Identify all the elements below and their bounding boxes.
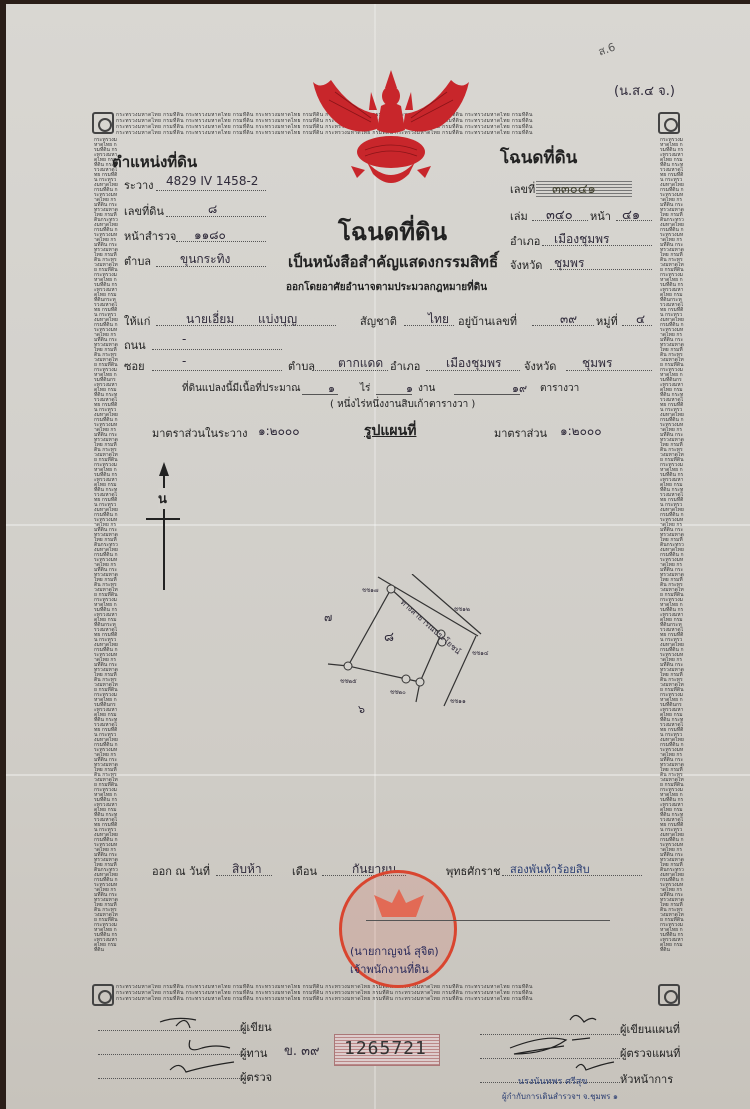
garuda-emblem-icon xyxy=(311,70,471,192)
deed-number-value: ๓๓๐๔๑ xyxy=(552,178,596,199)
road-value: - xyxy=(182,332,186,346)
area-wa: ๑๙ xyxy=(512,379,527,397)
area-in-words: ( หนึ่งไร่หนึ่งงานสิบเก้าตารางวา ) xyxy=(330,397,475,412)
house-no-value: ๓๙ xyxy=(560,310,577,329)
signature-line xyxy=(366,920,610,921)
house-no-label: อยู่บ้านเลขที่ xyxy=(458,312,517,330)
boundary-mark: ชช๑๗ xyxy=(362,585,378,595)
boundary-mark: ชช๑๑ xyxy=(450,696,466,706)
year-label: พุทธศักราช xyxy=(446,862,500,880)
corner-ornament-icon xyxy=(658,984,680,1006)
border-right: กระทรวงมหาดไทย กรมที่ดิน กระทรวงมหาดไทย … xyxy=(660,138,684,980)
moo-label: หมู่ที่ xyxy=(596,312,618,330)
deed-heading: โฉนดที่ดิน xyxy=(500,144,577,171)
amphoe-label: อำเภอ xyxy=(390,357,420,375)
dotted-line xyxy=(156,190,266,191)
scale-label-left: มาตราส่วนในระวาง xyxy=(152,424,248,442)
boundary-mark: ชช๒๕ xyxy=(340,676,357,686)
province-label: จังหวัด xyxy=(510,256,542,274)
ngan-unit: งาน xyxy=(418,381,435,396)
province-value: ชุมพร xyxy=(554,254,584,273)
owner-surname: แบ่งบุญ xyxy=(258,310,297,329)
parcel-number-value: ๘ xyxy=(208,200,217,219)
amphoe-value: เมืองชุมพร xyxy=(446,354,502,373)
dotted-line xyxy=(454,394,520,395)
document-title: โฉนดที่ดิน xyxy=(338,212,447,251)
province-label: จังหวัด xyxy=(524,357,556,375)
boundary-mark: ชช๒๐ xyxy=(390,687,406,697)
moo-value: ๔ xyxy=(636,310,645,329)
owner-name: นายเอี่ยม xyxy=(186,310,234,329)
area-rai: ๑ xyxy=(328,379,335,397)
document-subtitle: เป็นหนังสือสำคัญแสดงกรรมสิทธิ์ xyxy=(288,250,498,274)
issue-day: สิบห้า xyxy=(232,860,262,879)
issue-date-label: ออก ณ วันที่ xyxy=(152,862,210,880)
garuda-seal-icon xyxy=(364,887,434,933)
corner-ornament-icon xyxy=(92,112,114,134)
map-writer-label: ผู้เขียนแผนที่ xyxy=(620,1020,680,1038)
wa-unit: ตารางวา xyxy=(540,381,579,396)
volume-label: เล่ม xyxy=(510,207,528,225)
north-label: น xyxy=(158,488,167,509)
chief-label: หัวหน้าการ xyxy=(620,1070,673,1088)
official-name: (นายกาญจน์ สุจิต) xyxy=(350,942,439,960)
soi-label: ซอย xyxy=(124,357,145,375)
map-title: รูปแผนที่ xyxy=(364,420,416,442)
parcel-map xyxy=(316,574,496,714)
border-left: กระทรวงมหาดไทย กรมที่ดิน กระทรวงมหาดไทย … xyxy=(94,138,118,980)
issuing-authority: ออกโดยอาศัยอำนาจตามประมวลกฎหมายที่ดิน xyxy=(286,280,487,295)
parcel-number: ๘ xyxy=(384,626,394,647)
district-label: อำเภอ xyxy=(510,232,540,250)
serial-number: 1265721 xyxy=(344,1038,427,1059)
road-label: ถนน xyxy=(124,336,146,354)
land-location-heading: ตำแหน่งที่ดิน xyxy=(112,150,197,174)
area-ngan: ๑ xyxy=(406,379,413,397)
tambon-label: ตำบล xyxy=(288,357,315,375)
north-arrow-icon xyxy=(142,462,186,594)
margin-note: ส.6 xyxy=(595,38,617,61)
volume-value: ๓๔๐ xyxy=(546,204,573,225)
scale-value-right: ๑:๒๐๐๐ xyxy=(560,422,602,441)
scale-label-right: มาตราส่วน xyxy=(494,424,547,442)
boundary-mark: ชช๑๔ xyxy=(472,648,489,658)
owner-label: ให้แก่ xyxy=(124,312,150,330)
neighbor-parcel: ๗ xyxy=(324,608,332,626)
dotted-line xyxy=(152,349,282,350)
issue-year: สองพันห้าร้อยสิบ xyxy=(510,860,590,878)
soi-value: - xyxy=(182,354,186,368)
field-label: หน้าสำรวจ xyxy=(124,227,176,245)
field-label: ระวาง xyxy=(124,176,154,194)
form-code: (น.ส.๔ จ.) xyxy=(614,80,675,101)
page-value: ๔๑ xyxy=(622,204,640,225)
map-sheet-value: 4829 IV 1458-2 xyxy=(166,174,258,188)
chief-name: นรงนันทพร ศรีสุข xyxy=(518,1074,587,1088)
province-value: ชุมพร xyxy=(582,354,612,373)
scale-value-left: ๑:๒๐๐๐ xyxy=(258,422,300,441)
nationality-value: ไทย xyxy=(428,310,449,329)
corner-ornament-icon xyxy=(92,984,114,1006)
survey-page-value: ๑๑๘๐ xyxy=(194,226,226,245)
page-label: หน้า xyxy=(590,207,611,225)
tambon-value: ขุนกระทิง xyxy=(180,250,230,269)
district-value: เมืองชุมพร xyxy=(554,230,610,249)
land-title-deed-page: กระทรวงมหาดไทย กรมที่ดิน กระทรวงมหาดไทย … xyxy=(6,4,750,1109)
boundary-mark: ชช๑๒ xyxy=(454,604,470,614)
neighbor-parcel: ๖ xyxy=(358,700,365,718)
dotted-line xyxy=(156,325,336,326)
tambon-value: ตากแดด xyxy=(338,354,383,373)
rai-unit: ไร่ xyxy=(360,381,370,396)
form-series: ข. ๓๙ xyxy=(284,1040,320,1061)
map-checker-label: ผู้ตรวจแผนที่ xyxy=(620,1044,680,1062)
month-label: เดือน xyxy=(292,862,317,880)
deed-number-label: เลขที่ xyxy=(510,180,535,198)
chief-position: ผู้กำกับการเดินสำรวจฯ จ.ชุมพร ๑ xyxy=(502,1090,618,1103)
corner-ornament-icon xyxy=(658,112,680,134)
border-bottom: กระทรวงมหาดไทย กรมที่ดิน กระทรวงมหาดไทย … xyxy=(116,984,656,1008)
official-title: เจ้าพนักงานที่ดิน xyxy=(350,960,429,978)
field-label: เลขที่ดิน xyxy=(124,202,164,220)
field-label: ตำบล xyxy=(124,252,151,270)
nationality-label: สัญชาติ xyxy=(360,312,397,330)
signature-scribbles xyxy=(506,1010,616,1078)
signature-scribbles xyxy=(156,1014,246,1080)
area-label: ที่ดินแปลงนี้มีเนื้อที่ประมาณ xyxy=(182,381,301,396)
dotted-line xyxy=(152,370,282,371)
